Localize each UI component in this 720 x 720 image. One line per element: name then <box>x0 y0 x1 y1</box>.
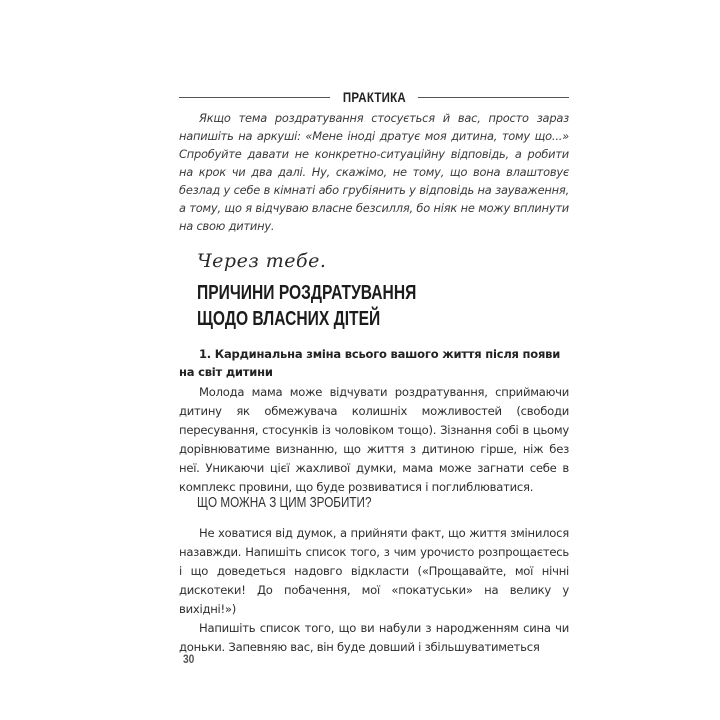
what-to-do-paragraph-1: Не ховатися від думок, а прийняти факт, … <box>179 524 569 619</box>
book-page: ПРАКТИКА Якщо тема роздратування стосуєт… <box>179 0 569 720</box>
section-title-line-2: ЩОДО ВЛАСНИХ ДІТЕЙ <box>197 306 478 332</box>
practice-text: Якщо тема роздратування стосується й вас… <box>179 109 569 235</box>
section-title: ПРИЧИНИ РОЗДРАТУВАННЯ ЩОДО ВЛАСНИХ ДІТЕЙ <box>197 280 478 332</box>
practice-header: ПРАКТИКА <box>179 88 569 106</box>
practice-label: ПРАКТИКА <box>338 89 411 105</box>
item-1-paragraph: Молода мама може відчувати роздратування… <box>179 383 569 497</box>
what-to-do-body: Не ховатися від думок, а прийняти факт, … <box>179 524 569 657</box>
what-to-do-paragraph-2: Напишіть список того, що ви набули з нар… <box>179 619 569 657</box>
script-title: Через тебе. <box>197 250 326 272</box>
item-1-heading: 1. Кардинальна зміна всього вашого життя… <box>179 345 569 381</box>
what-to-do-heading: ЩО МОЖНА З ЦИМ ЗРОБИТИ? <box>197 494 371 511</box>
section-title-line-1: ПРИЧИНИ РОЗДРАТУВАННЯ <box>197 280 478 306</box>
divider-right <box>418 97 569 98</box>
divider-left <box>179 97 330 98</box>
page-number: 30 <box>183 652 194 666</box>
